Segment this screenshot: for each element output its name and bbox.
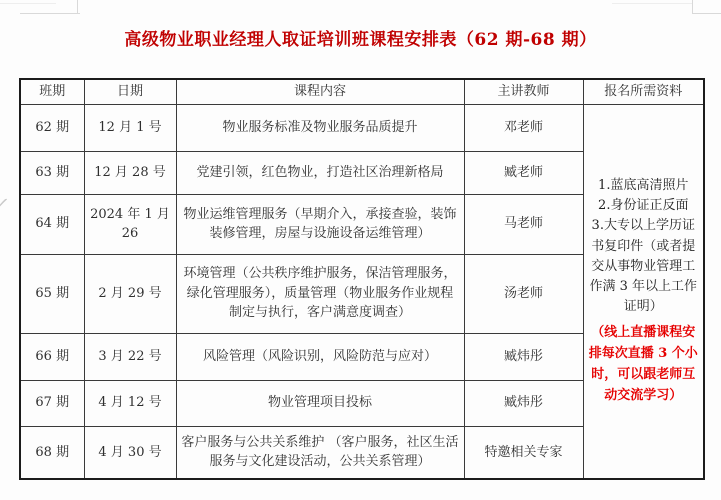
teacher-cell: 特邀相关专家 (464, 426, 583, 479)
course-cell: 风险管理（风险识别，风险防范与应对） (176, 333, 464, 380)
teacher-cell: 邓老师 (464, 104, 583, 151)
course-cell: 物业运维管理服务（早期介入，承接查验，装饰装修管理，房屋与设施设备运维管理） (176, 194, 464, 254)
header-materials: 报名所需资料 (583, 79, 704, 104)
scan-artifact-top-right-faint (612, 3, 692, 4)
materials-item: 1.蓝底高清照片 (588, 176, 700, 196)
date-cell: 4 月 12 号 (84, 380, 176, 426)
date-cell: 4 月 30 号 (84, 426, 176, 479)
scan-artifact-top-right-horizontal (692, 13, 721, 14)
teacher-cell: 臧炜彤 (464, 333, 583, 380)
teacher-cell: 汤老师 (464, 254, 583, 333)
course-cell: 物业服务标准及物业服务品质提升 (176, 104, 464, 151)
period-cell: 68 期 (20, 426, 84, 479)
period-cell: 65 期 (20, 254, 84, 333)
date-cell: 12 月 28 号 (84, 151, 176, 194)
teacher-cell: 马老师 (464, 194, 583, 254)
table-row: 62 期 12 月 1 号 物业服务标准及物业服务品质提升 邓老师 1.蓝底高清… (20, 104, 704, 151)
date-cell: 2024 年 1 月 26 (84, 194, 176, 254)
period-cell: 64 期 (20, 194, 84, 254)
course-cell: 环境管理（公共秩序维护服务，保洁管理服务，绿化管理服务），质量管理（物业服务作业… (176, 254, 464, 333)
scan-artifact-top-left-faint (0, 3, 56, 4)
materials-note: （线上直播课程安排每次直播 3 个小时，可以跟老师互动交流学习） (588, 323, 700, 406)
materials-item: 2.身份证正反面 (588, 196, 700, 216)
teacher-cell: 臧老师 (464, 151, 583, 194)
period-cell: 67 期 (20, 380, 84, 426)
scan-artifact-pen-mark: ✓ (0, 193, 11, 215)
scan-artifact-top-left-vertical (77, 0, 78, 14)
scan-artifact-top-left-horizontal (20, 13, 80, 14)
date-cell: 3 月 22 号 (84, 333, 176, 380)
header-date: 日期 (84, 79, 176, 104)
date-cell: 2 月 29 号 (84, 254, 176, 333)
teacher-cell: 臧炜彤 (464, 380, 583, 426)
page-title: 高级物业职业经理人取证培训班课程安排表（62 期-68 期） (0, 25, 721, 50)
period-cell: 62 期 (20, 104, 84, 151)
schedule-table: 班期 日期 课程内容 主讲教师 报名所需资料 62 期 12 月 1 号 物业服… (19, 78, 705, 480)
header-course: 课程内容 (176, 79, 464, 104)
materials-cell: 1.蓝底高清照片 2.身份证正反面 3.大专以上学历证书复印件（或者提交从事物业… (583, 104, 704, 479)
scan-artifact-top-right-vertical (692, 0, 693, 14)
materials-item: 3.大专以上学历证书复印件（或者提交从事物业管理工作满 3 年以上工作证明） (588, 216, 700, 317)
course-cell: 客户服务与公共关系维护 （客户服务，社区生活服务与文化建设活动，公共关系管理） (176, 426, 464, 479)
header-period: 班期 (20, 79, 84, 104)
period-cell: 63 期 (20, 151, 84, 194)
header-teacher: 主讲教师 (464, 79, 583, 104)
period-cell: 66 期 (20, 333, 84, 380)
course-cell: 党建引领，红色物业，打造社区治理新格局 (176, 151, 464, 194)
date-cell: 12 月 1 号 (84, 104, 176, 151)
course-cell: 物业管理项目投标 (176, 380, 464, 426)
table-header-row: 班期 日期 课程内容 主讲教师 报名所需资料 (20, 79, 704, 104)
